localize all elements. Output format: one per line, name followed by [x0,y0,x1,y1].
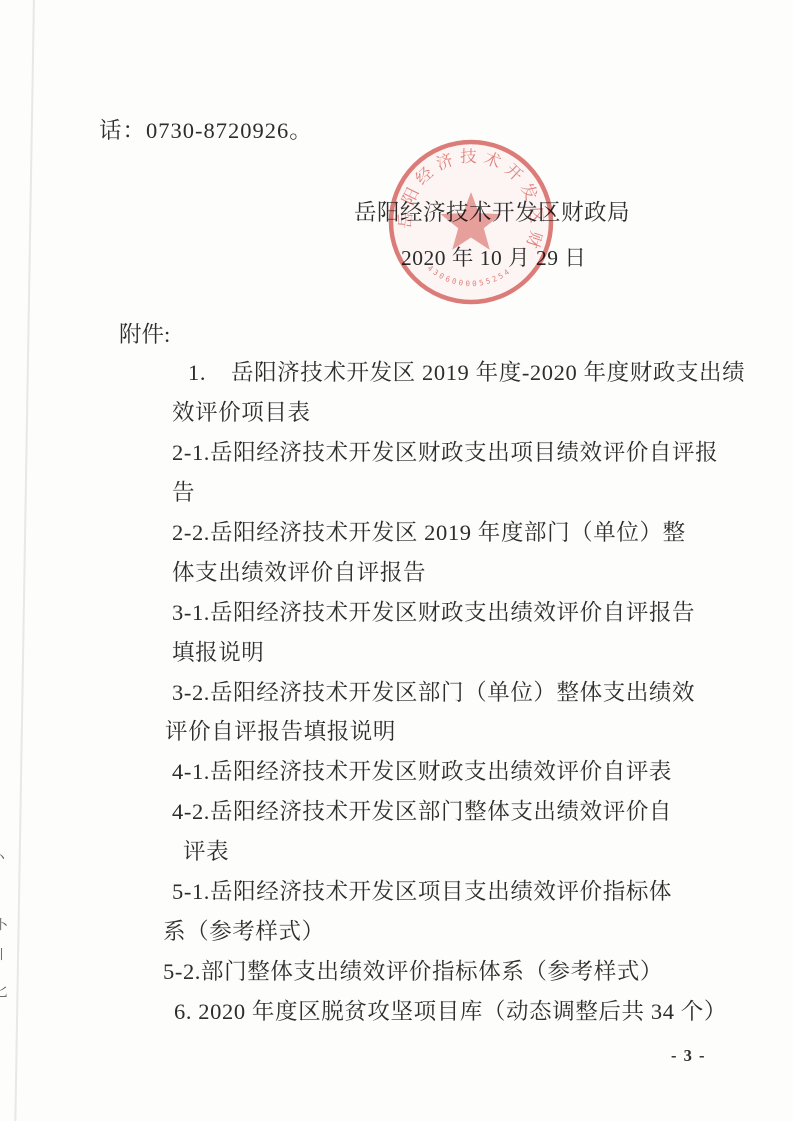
attachment-line: 系（参考样式） [163,912,793,952]
attachment-line: 5-2.部门整体支出绩效评价指标体系（参考样式） [163,952,793,992]
attachment-line: 告 [172,473,793,513]
issue-date: 2020 年 10 月 29 日 [401,241,586,272]
document-page: 话：0730-8720926。 岳阳经济技术开发区财政局 2020 年 10 月… [0,0,793,1121]
issuer-name: 岳阳经济技术开发区财政局 [354,195,630,227]
attachment-line: 效评价项目表 [172,393,793,433]
attachments-label: 附件: [119,317,170,349]
attachment-line: 体支出绩效评价自评报告 [172,553,793,593]
page-number: - 3 - [671,1046,706,1066]
attachments-list: 1. 岳阳济技术开发区 2019 年度-2020 年度财政支出绩效评价项目表2-… [0,353,793,1032]
scan-edge-fragment: 匕 [0,985,8,998]
contact-phone-line: 话：0730-8720926。 [99,113,313,145]
attachment-line: 填报说明 [172,633,793,673]
attachment-line: 3-2.岳阳经济技术开发区部门（单位）整体支出绩效 [172,673,793,713]
scan-edge-fragment: 丶 [0,851,8,864]
attachment-line: 2-1.岳阳经济技术开发区财政支出项目绩效评价自评报 [172,433,793,473]
scan-edge-fragment: 丨 [0,948,8,961]
attachment-line: 评表 [183,832,793,872]
attachment-line: 3-1.岳阳经济技术开发区财政支出绩效评价自评报告 [172,593,793,633]
attachment-line: 5-1.岳阳经济技术开发区项目支出绩效评价指标体 [172,872,793,912]
attachment-line: 6. 2020 年度区脱贫攻坚项目库（动态调整后共 34 个） [174,992,793,1032]
attachment-line: 4-2.岳阳经济技术开发区部门整体支出绩效评价自 [172,792,793,832]
attachment-line: 4-1.岳阳经济技术开发区财政支出绩效评价自评表 [172,752,793,792]
scan-edge-fragment: 卜 [0,918,8,931]
attachment-line: 1. 岳阳济技术开发区 2019 年度-2020 年度财政支出绩 [188,353,793,393]
attachment-line: 评价自评报告填报说明 [165,712,793,752]
attachment-line: 2-2.岳阳经济技术开发区 2019 年度部门（单位）整 [172,513,793,553]
